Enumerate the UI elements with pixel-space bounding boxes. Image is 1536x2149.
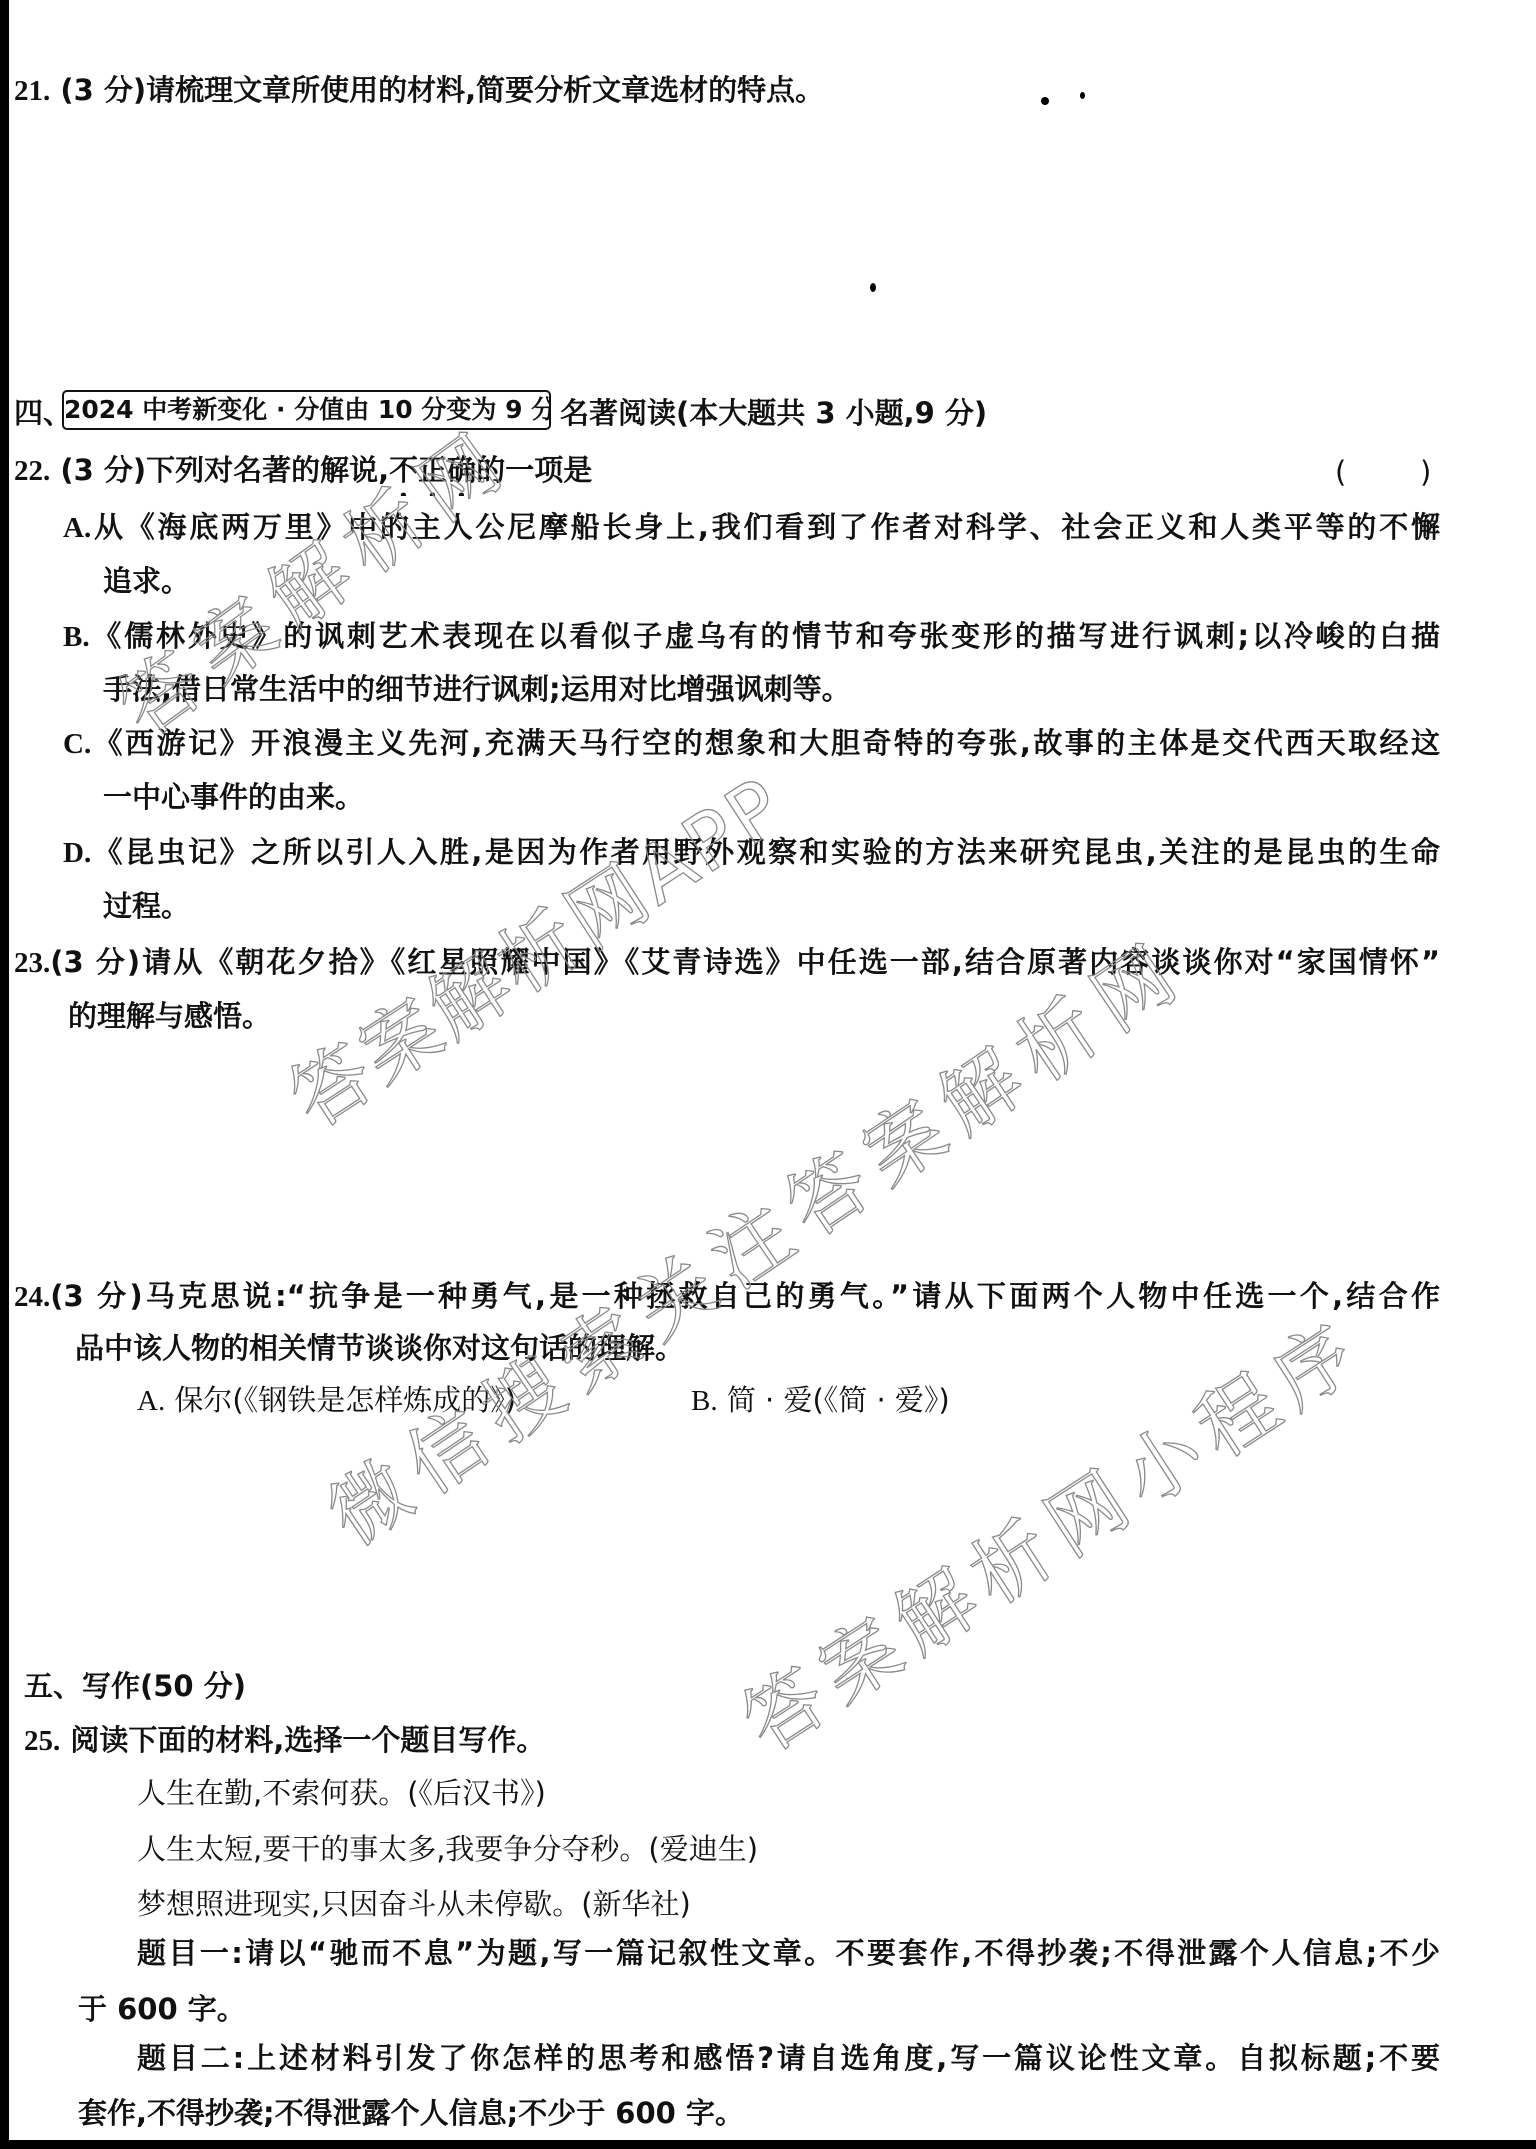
- option-letter: B.: [63, 621, 90, 653]
- scan-bottom-border: [0, 2140, 1536, 2149]
- option-text: 《昆虫记》之所以引人入胜,是因为作者用野外观察和实验的方法来研究昆虫,关注的是昆…: [91, 835, 1440, 869]
- question-number: 25.: [24, 1725, 60, 1757]
- option-a-line2: 追求。: [103, 561, 503, 601]
- question-21: 21. (3 分)请梳理文章所使用的材料,简要分析文章选材的特点。: [14, 70, 1114, 110]
- option-text: 《儒林外史》的讽刺艺术表现在以看似子虚乌有的情节和夸张变形的描写进行讽刺;以冷峻…: [90, 619, 1440, 653]
- prompt-2-line2: 套作,不得抄袭;不得泄露个人信息;不少于 600 字。: [78, 2093, 978, 2133]
- option-c-line2: 一中心事件的由来。: [103, 777, 603, 817]
- choice-letter: A.: [137, 1385, 165, 1417]
- option-b-line2: 手法,借日常生活中的细节进行讽刺;运用对比增强讽刺等。: [103, 669, 1103, 709]
- quote-3: 梦想照进现实,只因奋斗从未停歇。(新华社): [137, 1884, 937, 1924]
- section-5-title: 五、写作(50 分): [24, 1666, 424, 1706]
- question-text: (3 分)马克思说:“抗争是一种勇气,是一种拯救自己的勇气。”请从下面两个人物中…: [50, 1279, 1440, 1313]
- question-text: 阅读下面的材料,选择一个题目写作。: [70, 1723, 545, 1757]
- section-4-change-tag: 2024 中考新变化 · 分值由 10 分变为 9 分: [62, 390, 551, 430]
- emphasized-text: 不正确: [389, 453, 476, 487]
- section-4-title: 名著阅读(本大题共 3 小题,9 分): [560, 393, 1020, 433]
- option-letter: A.: [63, 512, 91, 544]
- option-a-line1: A.从《海底两万里》中的主人公尼摩船长身上,我们看到了作者对科学、社会正义和人类…: [63, 507, 1440, 547]
- choice-text: 保尔(《钢铁是怎样炼成的》): [174, 1383, 516, 1417]
- question-text-end: 的一项是: [476, 453, 592, 487]
- quote-2: 人生太短,要干的事太多,我要争分夺秒。(爱迪生): [137, 1829, 937, 1869]
- question-23-line1: 23.(3 分)请从《朝花夕拾》《红星照耀中国》《艾青诗选》中任选一部,结合原著…: [14, 942, 1440, 982]
- prompt-1-line2: 于 600 字。: [78, 1989, 478, 2029]
- option-d-line2: 过程。: [103, 886, 403, 926]
- option-text: 《西游记》开浪漫主义先河,充满天马行空的想象和大胆奇特的夸张,故事的主体是交代西…: [91, 726, 1440, 760]
- option-text: 从《海底两万里》中的主人公尼摩船长身上,我们看到了作者对科学、社会正义和人类平等…: [91, 510, 1440, 544]
- option-d-line1: D.《昆虫记》之所以引人入胜,是因为作者用野外观察和实验的方法来研究昆虫,关注的…: [63, 832, 1440, 872]
- question-25: 25. 阅读下面的材料,选择一个题目写作。: [24, 1720, 924, 1760]
- scan-speck: [870, 283, 876, 292]
- choice-a: A. 保尔(《钢铁是怎样炼成的》): [137, 1380, 637, 1420]
- question-23-line2: 的理解与感悟。: [68, 996, 468, 1036]
- scan-left-border: [0, 0, 9, 2149]
- option-letter: C.: [63, 728, 91, 760]
- choice-text: 简 · 爱(《简 · 爱》): [727, 1383, 950, 1417]
- choice-letter: B.: [691, 1385, 718, 1417]
- question-number: 24.: [14, 1281, 50, 1313]
- option-letter: D.: [63, 837, 91, 869]
- choice-b: B. 简 · 爱(《简 · 爱》): [691, 1380, 1091, 1420]
- quote-1: 人生在勤,不索何获。(《后汉书》): [137, 1773, 937, 1813]
- question-number: 22.: [14, 455, 50, 487]
- prompt-1-line1: 题目一:请以“驰而不息”为题,写一篇记叙性文章。不要套作,不得抄袭;不得泄露个人…: [137, 1933, 1440, 1973]
- question-22: 22. (3 分)下列对名著的解说,不正确的一项是: [14, 450, 914, 496]
- question-text: (3 分)下列对名著的解说,: [60, 453, 389, 487]
- question-text: (3 分)请从《朝花夕拾》《红星照耀中国》《艾青诗选》中任选一部,结合原著内容谈…: [50, 945, 1440, 979]
- option-c-line1: C.《西游记》开浪漫主义先河,充满天马行空的想象和大胆奇特的夸张,故事的主体是交…: [63, 723, 1440, 763]
- option-b-line1: B.《儒林外史》的讽刺艺术表现在以看似子虚乌有的情节和夸张变形的描写进行讽刺;以…: [63, 616, 1440, 656]
- watermark: 答案解析网小程序: [731, 1306, 1378, 1765]
- question-number: 23.: [14, 947, 50, 979]
- question-24-line2: 品中该人物的相关情节谈谈你对这句话的理解。: [75, 1328, 975, 1368]
- prompt-2-line1: 题目二:上述材料引发了你怎样的思考和感悟?请自选角度,写一篇议论性文章。自拟标题…: [137, 2038, 1440, 2078]
- question-number: 21.: [14, 75, 50, 107]
- answer-bracket[interactable]: ( ): [1335, 452, 1445, 492]
- question-24-line1: 24.(3 分)马克思说:“抗争是一种勇气,是一种拯救自己的勇气。”请从下面两个…: [14, 1276, 1440, 1316]
- question-text: (3 分)请梳理文章所使用的材料,简要分析文章选材的特点。: [60, 73, 824, 107]
